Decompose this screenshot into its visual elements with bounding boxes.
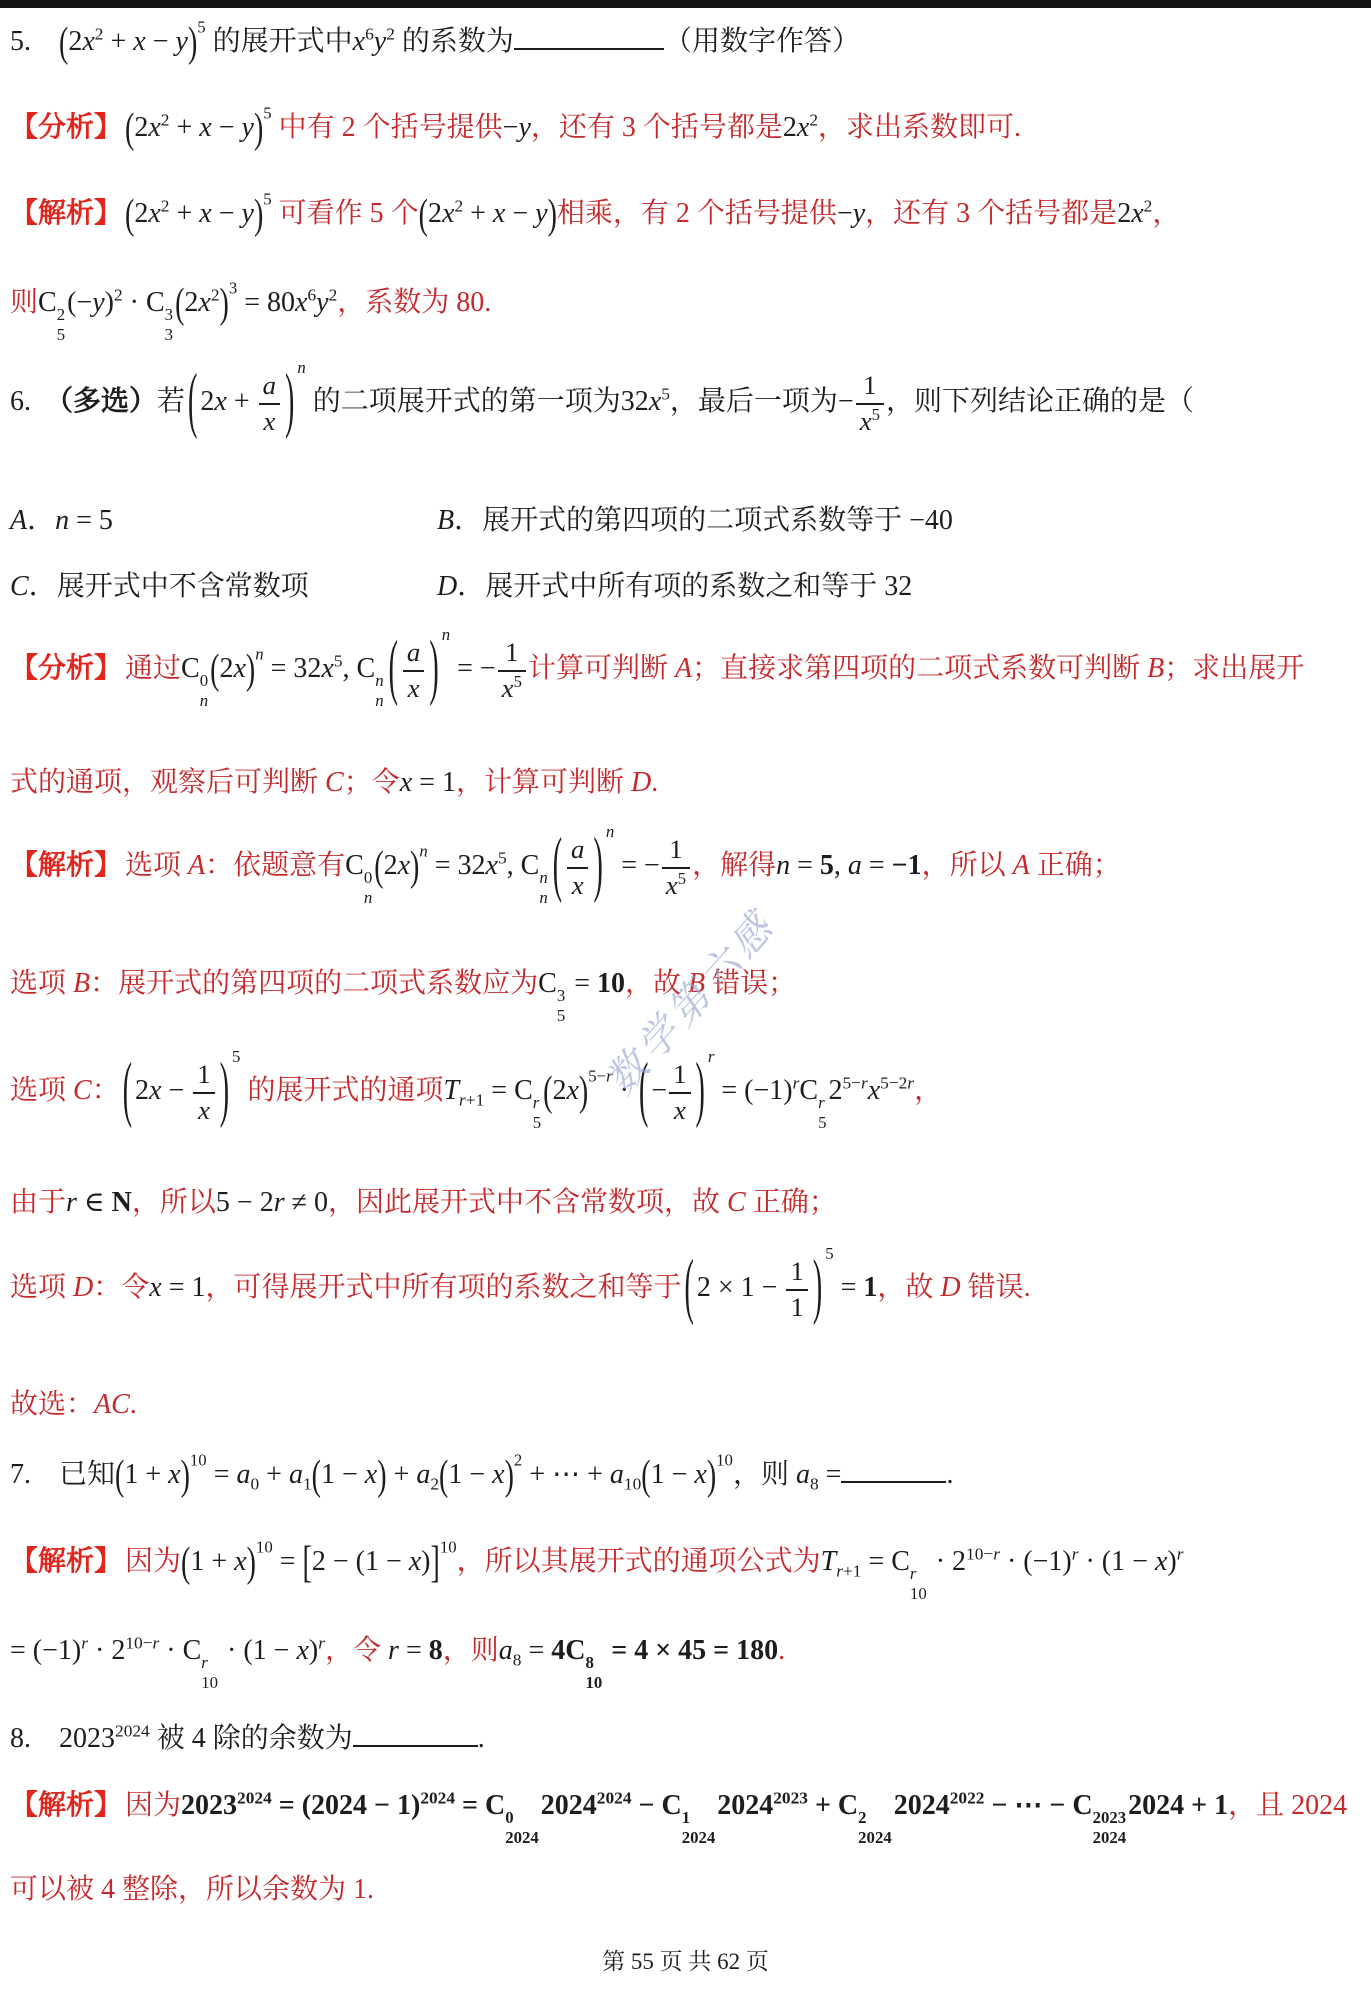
problem6-statement: 6. （多选）若(2x + ax)n 的二项展开式的第一项为32x5，最后一项为… bbox=[10, 368, 1371, 436]
problem6-conclusion: 故选：AC. bbox=[10, 1387, 137, 1423]
problem6-option-d: D．展开式中所有项的系数之和等于 32 bbox=[437, 569, 912, 605]
problem7-statement: 7. 已知(1 + x)10 = a0 + a1(1 − x) + a2(1 −… bbox=[10, 1455, 953, 1496]
page-footer: 第 55 页 共 62 页 bbox=[0, 1943, 1371, 1976]
problem7-solution-line1: 【解析】因为(1 + x)10 = [2 − (1 − x)]10，所以其展开式… bbox=[10, 1544, 1183, 1603]
problem8-solution-text1: 因为20232024 = (2024 − 1)2024 = C020242024… bbox=[125, 1790, 1347, 1821]
problem6-option-b: B．展开式的第四项的二项式系数等于 −40 bbox=[437, 503, 953, 539]
problem6-solution-option-c-cont: 由于r ∈ N，所以5 − 2r ≠ 0，因此展开式中不含常数项，故 C 正确； bbox=[10, 1185, 837, 1221]
problem5-analysis: 【分析】(2x2 + x − y)5 中有 2 个括号提供−y，还有 3 个括号… bbox=[10, 110, 1021, 149]
problem6-option-a: A．n = 5 bbox=[10, 503, 113, 539]
problem8-statement: 8. 20232024 被 4 除的余数为. bbox=[10, 1719, 485, 1757]
problem7-solution-line2: = (−1)r · 210−r · Cr10 · (1 − x)r，令 r = … bbox=[10, 1633, 785, 1692]
problem6-solution-option-a: 【解析】选项 A：依题意有C0n(2x)n = 32x5, Cnn(ax)n =… bbox=[10, 832, 1121, 907]
problem6-analysis-line2: 式的通项，观察后可判断 C；令x = 1，计算可判断 D. bbox=[10, 765, 658, 801]
answer-blank bbox=[841, 1455, 946, 1483]
problem6-analysis-text1: 通过C0n(2x)n = 32x5, Cnn(ax)n = −1x5计算可判断 … bbox=[125, 653, 1304, 684]
analysis-label: 【分析】 bbox=[10, 112, 122, 143]
page-top-border bbox=[0, 0, 1371, 8]
solution-label: 【解析】 bbox=[10, 1790, 122, 1821]
problem5-solution-line1: 【解析】(2x2 + x − y)5 可看作 5 个(2x2 + x − y)相… bbox=[10, 196, 1180, 235]
problem6-analysis-line1: 【分析】通过C0n(2x)n = 32x5, Cnn(ax)n = −1x5计算… bbox=[10, 635, 1304, 710]
document-page: 5. (2x2 + x − y)5 的展开式中x6y2 的系数为（用数字作答） … bbox=[0, 0, 1371, 1999]
problem7-solution-text1: 因为(1 + x)10 = [2 − (1 − x)]10，所以其展开式的通项公… bbox=[125, 1546, 1183, 1577]
problem6-solution-a-text: 选项 A：依题意有C0n(2x)n = 32x5, Cnn(ax)n = −1x… bbox=[125, 850, 1121, 881]
problem5-solution-text1: (2x2 + x − y)5 可看作 5 个(2x2 + x − y)相乘，有 … bbox=[125, 198, 1180, 229]
solution-label: 【解析】 bbox=[10, 1546, 122, 1577]
problem6-option-c: C．展开式中不含常数项 bbox=[10, 569, 309, 605]
answer-blank bbox=[353, 1719, 478, 1747]
problem5-statement: 5. (2x2 + x − y)5 的展开式中x6y2 的系数为（用数字作答） bbox=[10, 22, 860, 63]
problem6-solution-option-c: 选项 C：(2x − 1x)5 的展开式的通项Tr+1 = Cr5(2x)5−r… bbox=[10, 1057, 942, 1132]
analysis-label: 【分析】 bbox=[10, 653, 122, 684]
problem5-solution-line2: 则C25(−y)2 · C33(2x2)3 = 80x6y2，系数为 80. bbox=[10, 285, 491, 344]
solution-label: 【解析】 bbox=[10, 850, 122, 881]
problem5-analysis-text: (2x2 + x − y)5 中有 2 个括号提供−y，还有 3 个括号都是2x… bbox=[125, 112, 1021, 143]
solution-label: 【解析】 bbox=[10, 198, 122, 229]
problem8-solution-line2: 可以被 4 整除，所以余数为 1. bbox=[10, 1872, 374, 1908]
problem8-solution-line1: 【解析】因为20232024 = (2024 − 1)2024 = C02024… bbox=[10, 1788, 1347, 1847]
problem6-solution-option-d: 选项 D：令x = 1，可得展开式中所有项的系数之和等于(2 × 1 − 11)… bbox=[10, 1254, 1031, 1322]
answer-blank bbox=[514, 22, 664, 50]
